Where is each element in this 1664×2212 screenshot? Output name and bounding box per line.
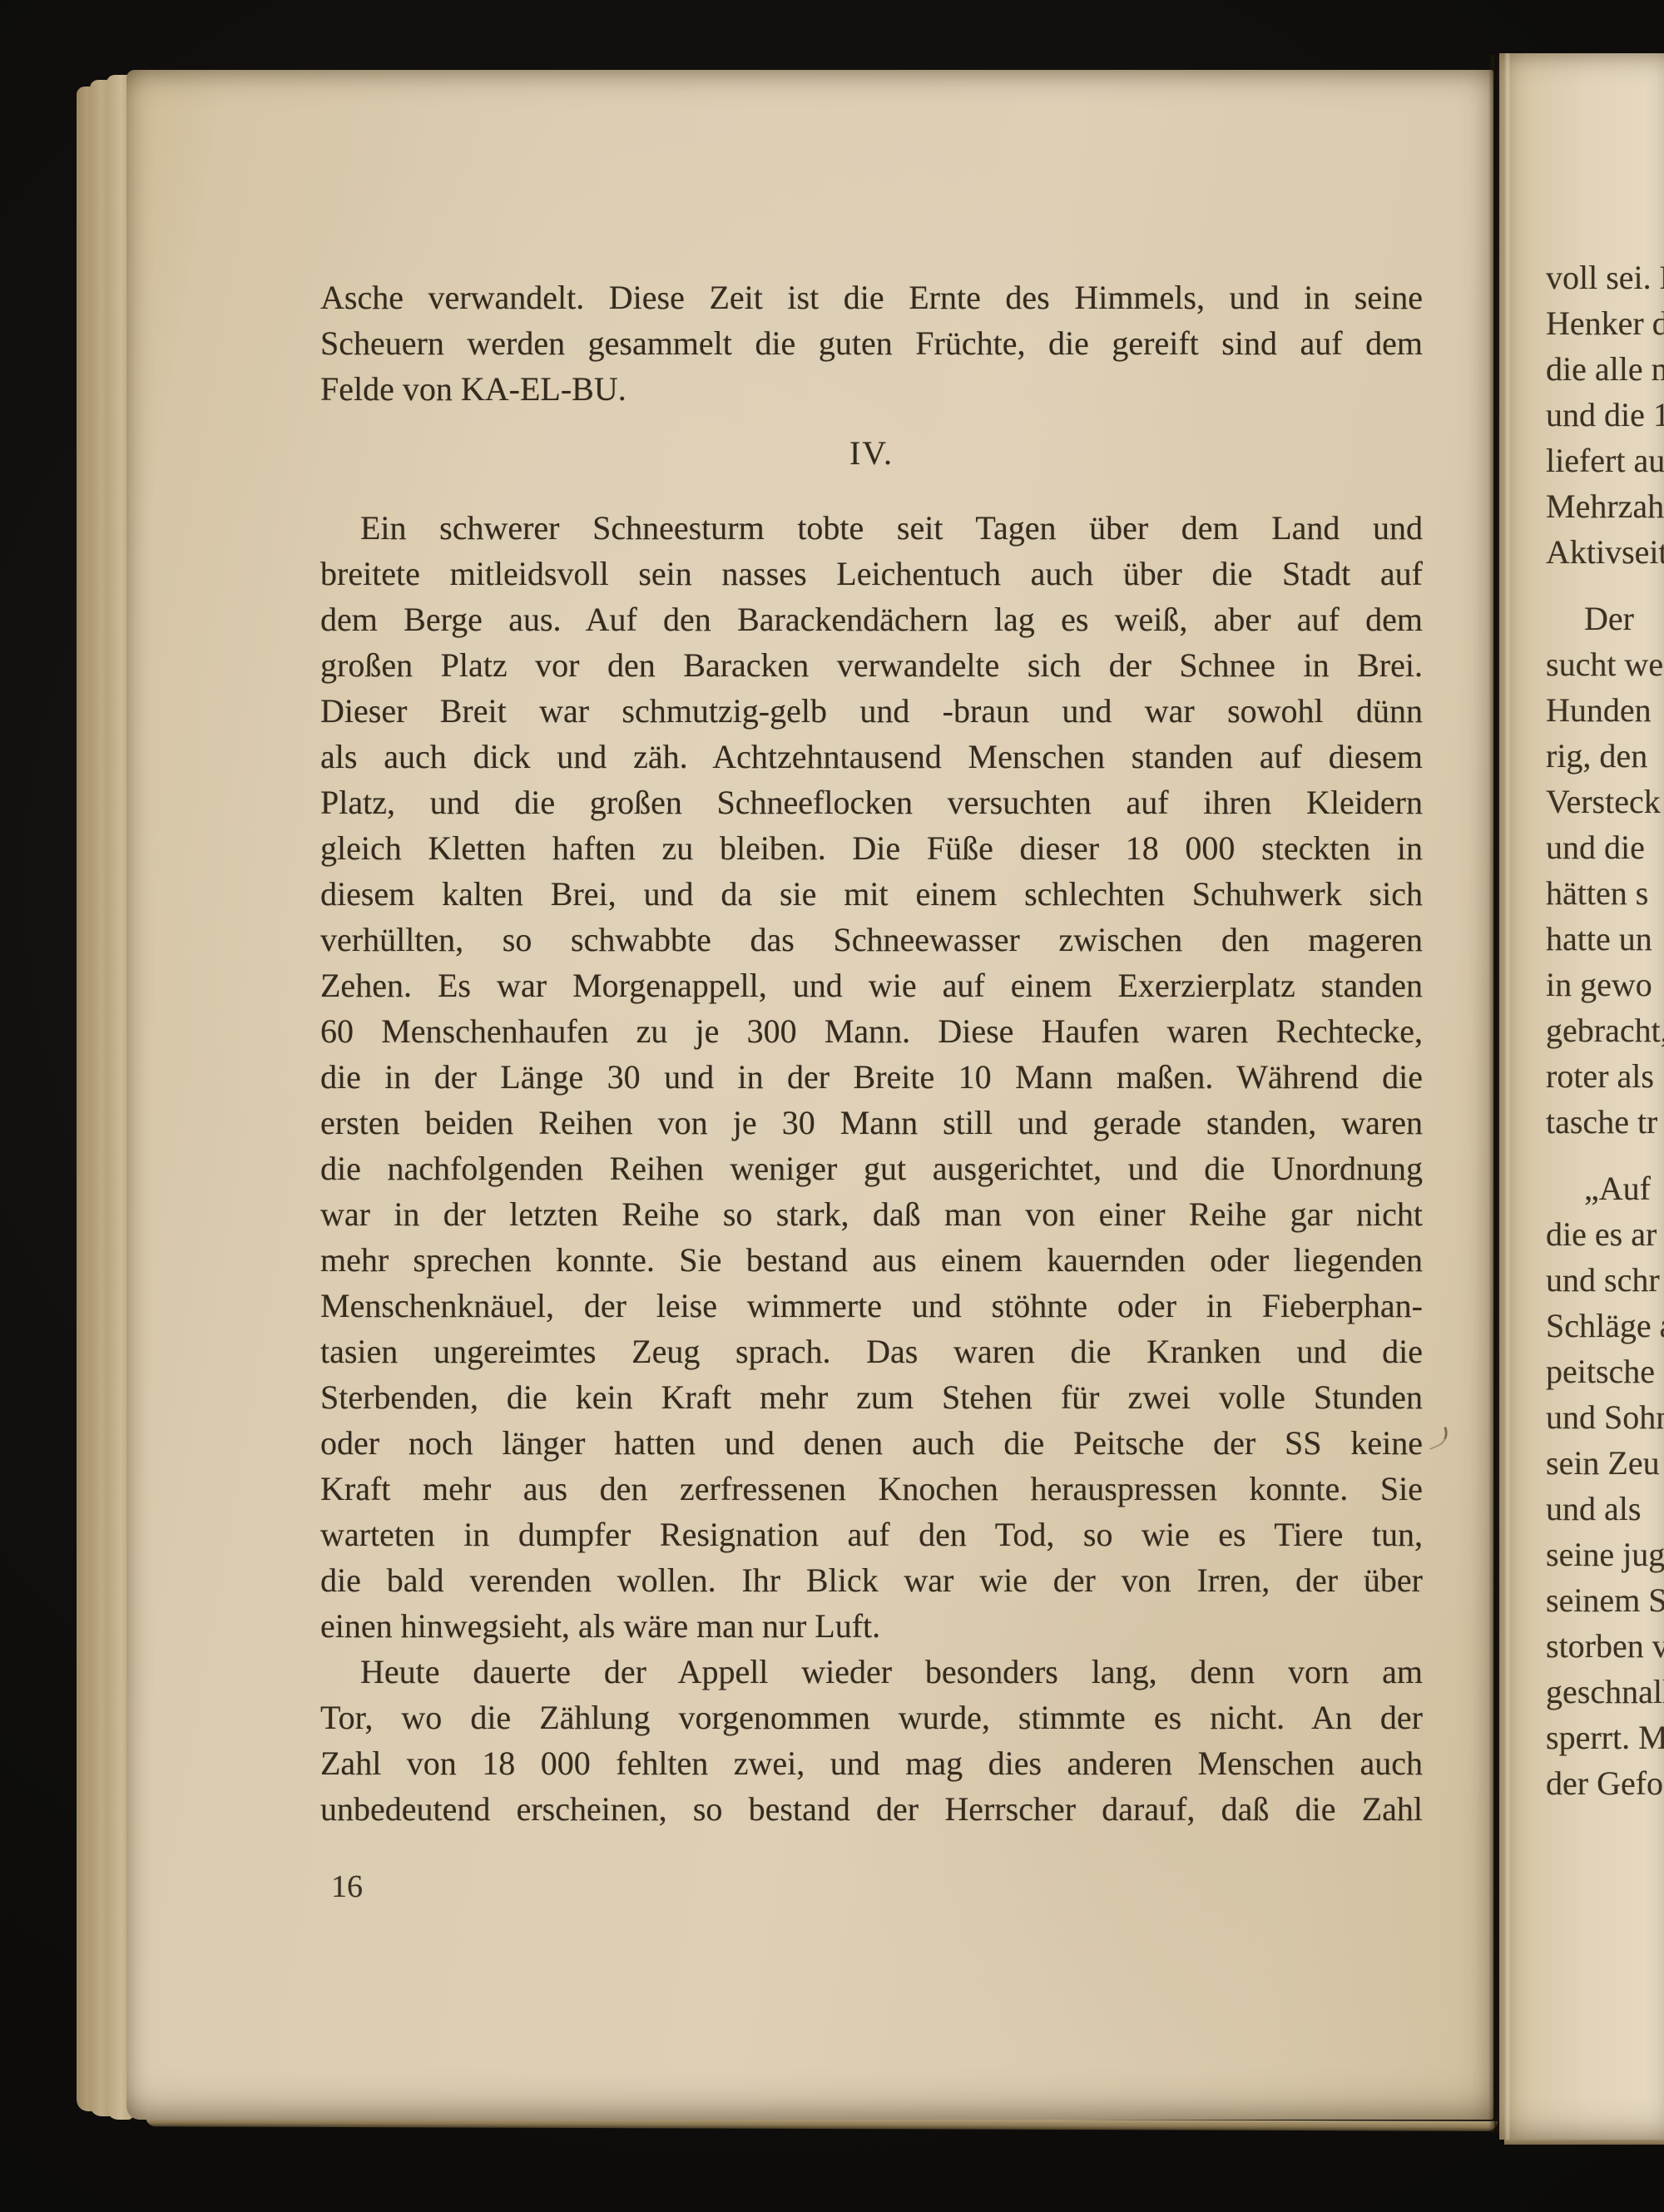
text-block: Asche verwandelt. Diese Zeit ist die Ern… [320, 275, 1423, 1832]
facing-text-line: und Sohn [1546, 1394, 1664, 1440]
text-line: war in der letzten Reihe so stark, daß m… [320, 1191, 1423, 1237]
facing-text-line: liefert au [1546, 438, 1664, 483]
facing-text-line: „Auf [1546, 1165, 1664, 1211]
paragraph: Heute dauerte der Appell wieder besonder… [320, 1649, 1423, 1832]
text-line: Felde von KA-EL-BU. [320, 366, 1423, 412]
text-line: großen Platz vor den Baracken verwandelt… [320, 642, 1423, 688]
facing-text-line: sperrt. M [1546, 1715, 1664, 1760]
section-heading: IV. [320, 430, 1423, 476]
facing-text-line: hatte un [1546, 916, 1664, 962]
text-line: 60 Menschenhaufen zu je 300 Mann. Diese … [320, 1008, 1423, 1054]
left-page: Asche verwandelt. Diese Zeit ist die Ern… [126, 70, 1493, 2120]
facing-text-line: roter als [1546, 1053, 1664, 1099]
text-line: oder noch länger hatten und denen auch d… [320, 1420, 1423, 1466]
text-line: einen hinwegsieht, als wäre man nur Luft… [320, 1603, 1423, 1649]
text-line: Heute dauerte der Appell wieder besonder… [320, 1649, 1423, 1695]
facing-text-line: sucht we [1546, 641, 1664, 687]
text-line: breitete mitleidsvoll sein nasses Leiche… [320, 551, 1423, 596]
facing-text-line: in gewo [1546, 962, 1664, 1007]
facing-page: voll sei. EHenker didie alle miund die 1… [1499, 53, 1664, 2140]
facing-text-line: und als [1546, 1486, 1664, 1532]
facing-text-line: Schläge a [1546, 1303, 1664, 1348]
facing-text-line: seinem S [1546, 1577, 1664, 1623]
facing-text-line: die es ar [1546, 1211, 1664, 1257]
text-line: mehr sprechen konnte. Sie bestand aus ei… [320, 1237, 1423, 1283]
facing-text-line: der Gefo [1546, 1760, 1664, 1806]
facing-text-line: voll sei. E [1546, 255, 1664, 300]
text-line: Kraft mehr aus den zerfressenen Knochen … [320, 1466, 1423, 1512]
text-line: unbedeutend erscheinen, so bestand der H… [320, 1786, 1423, 1832]
facing-text-line: peitsche [1546, 1348, 1664, 1394]
paragraph: Asche verwandelt. Diese Zeit ist die Ern… [320, 275, 1423, 412]
text-line: Scheuern werden gesammelt die guten Früc… [320, 320, 1423, 366]
text-line: ersten beiden Reihen von je 30 Mann stil… [320, 1100, 1423, 1146]
text-line: Menschenknäuel, der leise wimmerte und s… [320, 1283, 1423, 1329]
facing-text-line: und die 1 [1546, 392, 1664, 438]
book-photo-scene: { "scene": { "background_color": "#0e0d0… [0, 0, 1664, 2212]
facing-text-line: Hunden [1546, 687, 1664, 733]
text-line: Tor, wo die Zählung vorgenommen wurde, s… [320, 1695, 1423, 1740]
text-line: Ein schwerer Schneesturm tobte seit Tage… [320, 505, 1423, 551]
facing-text-line: hätten s [1546, 870, 1664, 916]
text-line: Zehen. Es war Morgenappell, und wie auf … [320, 962, 1423, 1008]
text-line: verhüllten, so schwabbte das Schneewasse… [320, 917, 1423, 962]
facing-text-line: und die [1546, 824, 1664, 870]
paragraph: Ein schwerer Schneesturm tobte seit Tage… [320, 505, 1423, 1649]
facing-text-line: und schr [1546, 1257, 1664, 1303]
text-line: die in der Länge 30 und in der Breite 10… [320, 1054, 1423, 1100]
facing-text-line: Aktivseit [1546, 529, 1664, 575]
text-line: diesem kalten Brei, und da sie mit einem… [320, 871, 1423, 917]
text-line: warteten in dumpfer Resignation auf den … [320, 1512, 1423, 1557]
facing-text-line: Henker di [1546, 300, 1664, 346]
text-line: Zahl von 18 000 fehlten zwei, und mag di… [320, 1740, 1423, 1786]
pen-mark-flourish [1424, 1427, 1453, 1450]
text-line: als auch dick und zäh. Achtzehntausend M… [320, 734, 1423, 779]
text-line: tasien ungereimtes Zeug sprach. Das ware… [320, 1329, 1423, 1374]
text-line: Sterbenden, die kein Kraft mehr zum Steh… [320, 1374, 1423, 1420]
facing-text-line: tasche tr [1546, 1099, 1664, 1145]
text-line: die nachfolgenden Reihen weniger gut aus… [320, 1146, 1423, 1191]
facing-text-line: seine jug [1546, 1532, 1664, 1577]
facing-text-line: rig, den [1546, 733, 1664, 779]
facing-text-line: geschnall [1546, 1669, 1664, 1715]
text-line: die bald verenden wollen. Ihr Blick war … [320, 1557, 1423, 1603]
text-line: Platz, und die großen Schneeflocken vers… [320, 779, 1423, 825]
facing-text-line: sein Zeu [1546, 1440, 1664, 1486]
facing-text-line: Versteck [1546, 779, 1664, 824]
facing-text-line: die alle mi [1546, 346, 1664, 392]
text-line: gleich Kletten haften zu bleiben. Die Fü… [320, 825, 1423, 871]
text-line: Asche verwandelt. Diese Zeit ist die Ern… [320, 275, 1423, 320]
text-line: dem Berge aus. Auf den Barackendächern l… [320, 596, 1423, 642]
page-number: 16 [331, 1868, 363, 1905]
facing-text-line: storben v [1546, 1623, 1664, 1669]
facing-text-line: gebracht, [1546, 1007, 1664, 1053]
text-line: Dieser Breit war schmutzig-gelb und -bra… [320, 688, 1423, 734]
facing-page-text: voll sei. EHenker didie alle miund die 1… [1546, 255, 1664, 1806]
facing-text-line: Mehrzahl [1546, 483, 1664, 529]
facing-text-line: Der [1546, 596, 1664, 641]
